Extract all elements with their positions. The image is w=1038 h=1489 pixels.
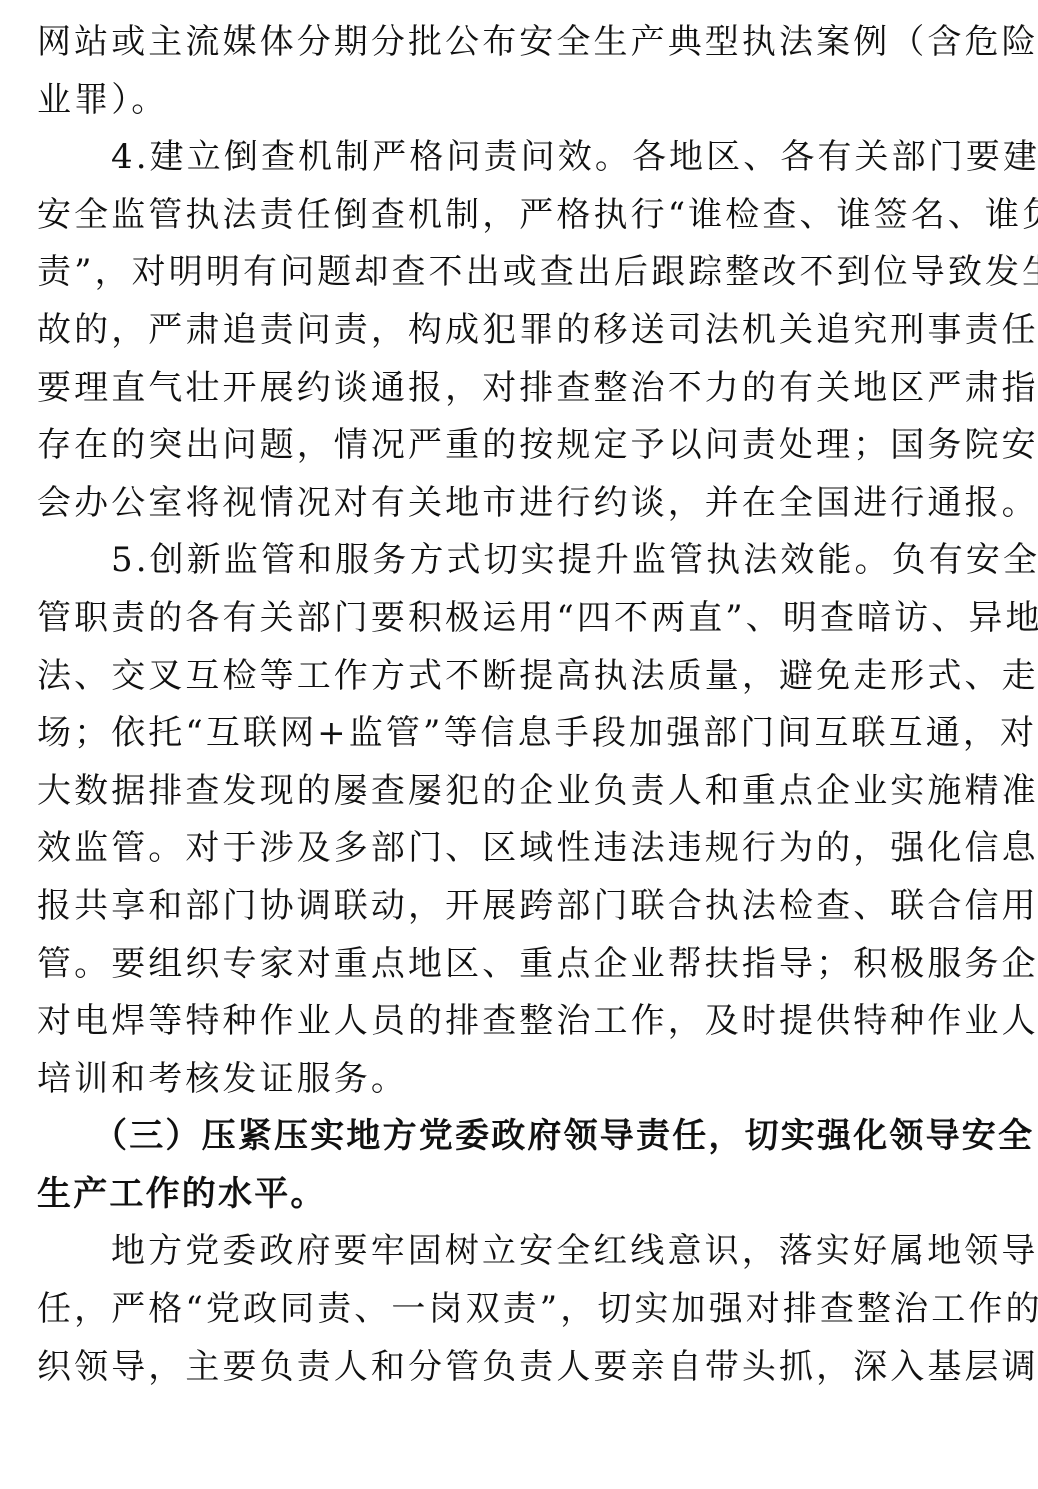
text-line: 会办公室将视情况对有关地市进行约谈，并在全国进行通报。 [37, 475, 1012, 533]
text-line: 安全监管执法责任倒查机制，严格执行“谁检查、谁签名、谁负 [37, 187, 1012, 245]
document-page: 网站或主流媒体分期分批公布安全生产典型执法案例（含危险作 业罪）。 4.建立倒查… [37, 14, 1012, 1396]
item-4-heading-line: 4.建立倒查机制严格问责问效。各地区、各有关部门要建立 [37, 129, 1012, 187]
text-line: 故的，严肃追责问责，构成犯罪的移送司法机关追究刑事责任。 [37, 302, 1012, 360]
text-line: 业罪）。 [37, 72, 1012, 130]
text-line: 大数据排查发现的屡查屡犯的企业负责人和重点企业实施精准有 [37, 763, 1012, 821]
text-line: 培训和考核发证服务。 [37, 1051, 1012, 1109]
text-line: 管。要组织专家对重点地区、重点企业帮扶指导；积极服务企业 [37, 936, 1012, 994]
paragraph-start-line: 地方党委政府要牢固树立安全红线意识，落实好属地领导责 [37, 1223, 1012, 1281]
section-3-heading: （三）压紧压实地方党委政府领导责任，切实强化领导安全 [37, 1108, 1012, 1166]
item-5-heading-line: 5.创新监管和服务方式切实提升监管执法效能。负有安全监 [37, 532, 1012, 590]
section-3-heading-cont: 生产工作的水平。 [37, 1166, 1012, 1224]
text-line: 场；依托“互联网+监管”等信息手段加强部门间互联互通，对于 [37, 705, 1012, 763]
text-line: 管职责的各有关部门要积极运用“四不两直”、明查暗访、异地执 [37, 590, 1012, 648]
text-line: 织领导，主要负责人和分管负责人要亲自带头抓，深入基层调查 [37, 1339, 1012, 1397]
text-line: 责”，对明明有问题却查不出或查出后跟踪整改不到位导致发生事 [37, 244, 1012, 302]
text-line: 任，严格“党政同责、一岗双责”，切实加强对排查整治工作的组 [37, 1281, 1012, 1339]
text-line: 效监管。对于涉及多部门、区域性违法违规行为的，强化信息通 [37, 820, 1012, 878]
text-line: 报共享和部门协调联动，开展跨部门联合执法检查、联合信用监 [37, 878, 1012, 936]
text-line: 对电焊等特种作业人员的排查整治工作，及时提供特种作业人员 [37, 993, 1012, 1051]
text-line: 法、交叉互检等工作方式不断提高执法质量，避免走形式、走过 [37, 648, 1012, 706]
text-line: 存在的突出问题，情况严重的按规定予以问责处理；国务院安委 [37, 417, 1012, 475]
text-line: 网站或主流媒体分期分批公布安全生产典型执法案例（含危险作 [37, 14, 1012, 72]
text-line: 要理直气壮开展约谈通报，对排查整治不力的有关地区严肃指出 [37, 360, 1012, 418]
